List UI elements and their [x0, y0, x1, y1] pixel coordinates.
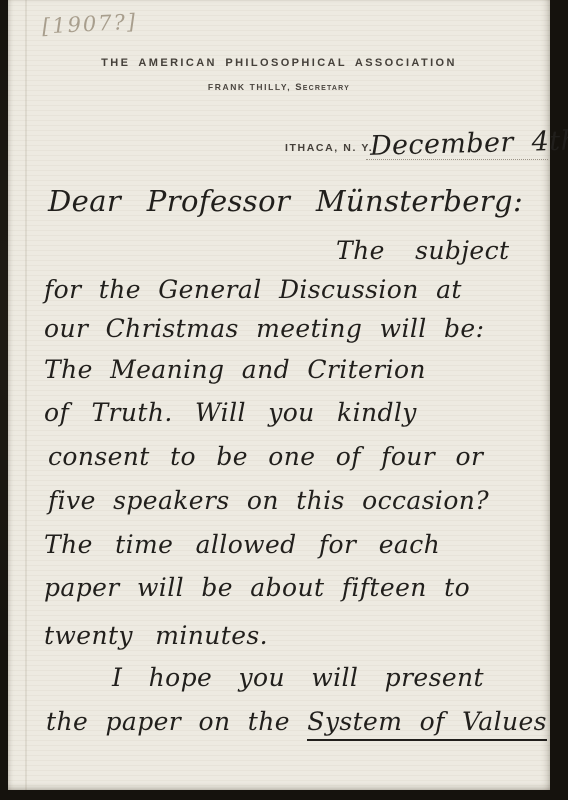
body-line: for the General Discussion at [44, 275, 462, 304]
letterhead-organization: THE AMERICAN PHILOSOPHICAL ASSOCIATION [8, 57, 550, 69]
body-line-with-underline: the paper on the System of Values [46, 707, 547, 736]
body-line-prefix: the paper on the [46, 707, 307, 736]
body-line: The subject [336, 236, 509, 265]
letterhead-secretary-line: FRANK THILLY, Secretary [8, 82, 550, 93]
body-line: The time allowed for each [44, 530, 440, 559]
body-line: of Truth. Will you kindly [44, 398, 417, 427]
underlined-phrase: System of Values [307, 707, 547, 741]
paper-crease-line [25, 0, 27, 790]
salutation: Dear Professor Münsterberg: [48, 184, 523, 218]
handwritten-date: December 4th. [370, 125, 568, 162]
secretary-name: FRANK THILLY, [208, 82, 291, 92]
secretary-title: Secretary [295, 82, 350, 93]
pencil-date-annotation: [1907?] [41, 10, 137, 39]
body-line: paper will be about fifteen to [44, 573, 470, 602]
body-line: our Christmas meeting will be: [44, 314, 484, 343]
letter-paper: [1907?] THE AMERICAN PHILOSOPHICAL ASSOC… [8, 0, 550, 790]
body-line: consent to be one of four or [48, 442, 483, 471]
scanned-letter-page: [1907?] THE AMERICAN PHILOSOPHICAL ASSOC… [0, 0, 568, 800]
body-line: The Meaning and Criterion [44, 355, 426, 384]
body-line: I hope you will present [112, 663, 484, 692]
body-line: twenty minutes. [44, 621, 268, 650]
dateline-place: ITHACA, N. Y., [285, 142, 378, 154]
body-line: five speakers on this occasion? [48, 486, 489, 515]
